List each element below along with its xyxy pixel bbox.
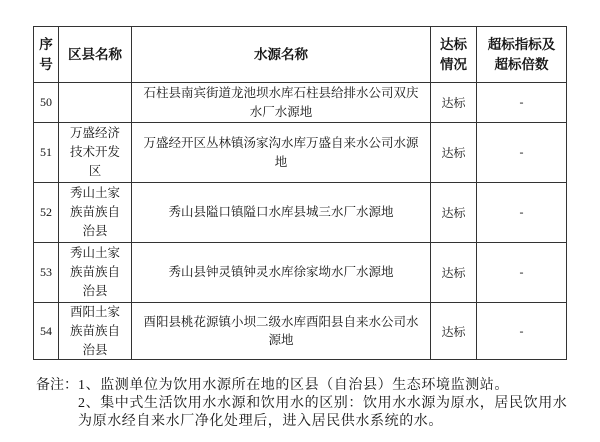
cell-exceed: - [477,243,567,303]
cell-exceed: - [477,183,567,243]
col-header-exceed: 超标指标及超标倍数 [477,27,567,83]
cell-district [59,83,132,123]
cell-index: 54 [34,303,59,360]
table-row: 54 酉阳土家族苗族自治县 酉阳县桃花源镇小坝二级水库酉阳县自来水公司水源地 达… [34,303,567,360]
cell-district: 秀山土家族苗族自治县 [59,183,132,243]
cell-status: 达标 [431,303,477,360]
table-row: 53 秀山土家族苗族自治县 秀山县钟灵镇钟灵水库徐家坳水厂水源地 达标 - [34,243,567,303]
footnotes: 备注： 1、监测单位为饮用水源所在地的区县（自治县）生态环境监测站。 2、集中式… [36,377,600,431]
cell-status: 达标 [431,123,477,183]
cell-source: 万盛经开区丛林镇汤家沟水库万盛自来水公司水源地 [132,123,431,183]
table-row: 50 石柱县南宾街道龙池坝水库石柱县给排水公司双庆水厂水源地 达标 - [34,83,567,123]
table-row: 52 秀山土家族苗族自治县 秀山县隘口镇隘口水库县城三水厂水源地 达标 - [34,183,567,243]
water-source-table: 序号 区县名称 水源名称 达标情况 超标指标及超标倍数 50 石柱县南宾街道龙池… [33,26,567,360]
note-item-2: 2、集中式生活饮用水水源和饮用水的区别：饮用水水源为原水，居民饮用水为原水经自来… [78,395,575,431]
cell-status: 达标 [431,243,477,303]
col-header-status: 达标情况 [431,27,477,83]
cell-status: 达标 [431,183,477,243]
cell-district: 万盛经济技术开发区 [59,123,132,183]
cell-source: 秀山县隘口镇隘口水库县城三水厂水源地 [132,183,431,243]
col-header-district: 区县名称 [59,27,132,83]
cell-district: 酉阳土家族苗族自治县 [59,303,132,360]
cell-district: 秀山土家族苗族自治县 [59,243,132,303]
notes-list: 1、监测单位为饮用水源所在地的区县（自治县）生态环境监测站。 2、集中式生活饮用… [78,377,575,431]
table-row: 51 万盛经济技术开发区 万盛经开区丛林镇汤家沟水库万盛自来水公司水源地 达标 … [34,123,567,183]
cell-source: 石柱县南宾街道龙池坝水库石柱县给排水公司双庆水厂水源地 [132,83,431,123]
table-header-row: 序号 区县名称 水源名称 达标情况 超标指标及超标倍数 [34,27,567,83]
cell-exceed: - [477,303,567,360]
cell-exceed: - [477,123,567,183]
cell-exceed: - [477,83,567,123]
cell-source: 酉阳县桃花源镇小坝二级水库酉阳县自来水公司水源地 [132,303,431,360]
document-page: 序号 区县名称 水源名称 达标情况 超标指标及超标倍数 50 石柱县南宾街道龙池… [0,0,600,442]
cell-index: 50 [34,83,59,123]
cell-index: 51 [34,123,59,183]
cell-index: 53 [34,243,59,303]
notes-label: 备注： [36,377,78,395]
note-item-1: 1、监测单位为饮用水源所在地的区县（自治县）生态环境监测站。 [78,377,575,395]
col-header-source: 水源名称 [132,27,431,83]
col-header-index: 序号 [34,27,59,83]
cell-source: 秀山县钟灵镇钟灵水库徐家坳水厂水源地 [132,243,431,303]
cell-status: 达标 [431,83,477,123]
cell-index: 52 [34,183,59,243]
